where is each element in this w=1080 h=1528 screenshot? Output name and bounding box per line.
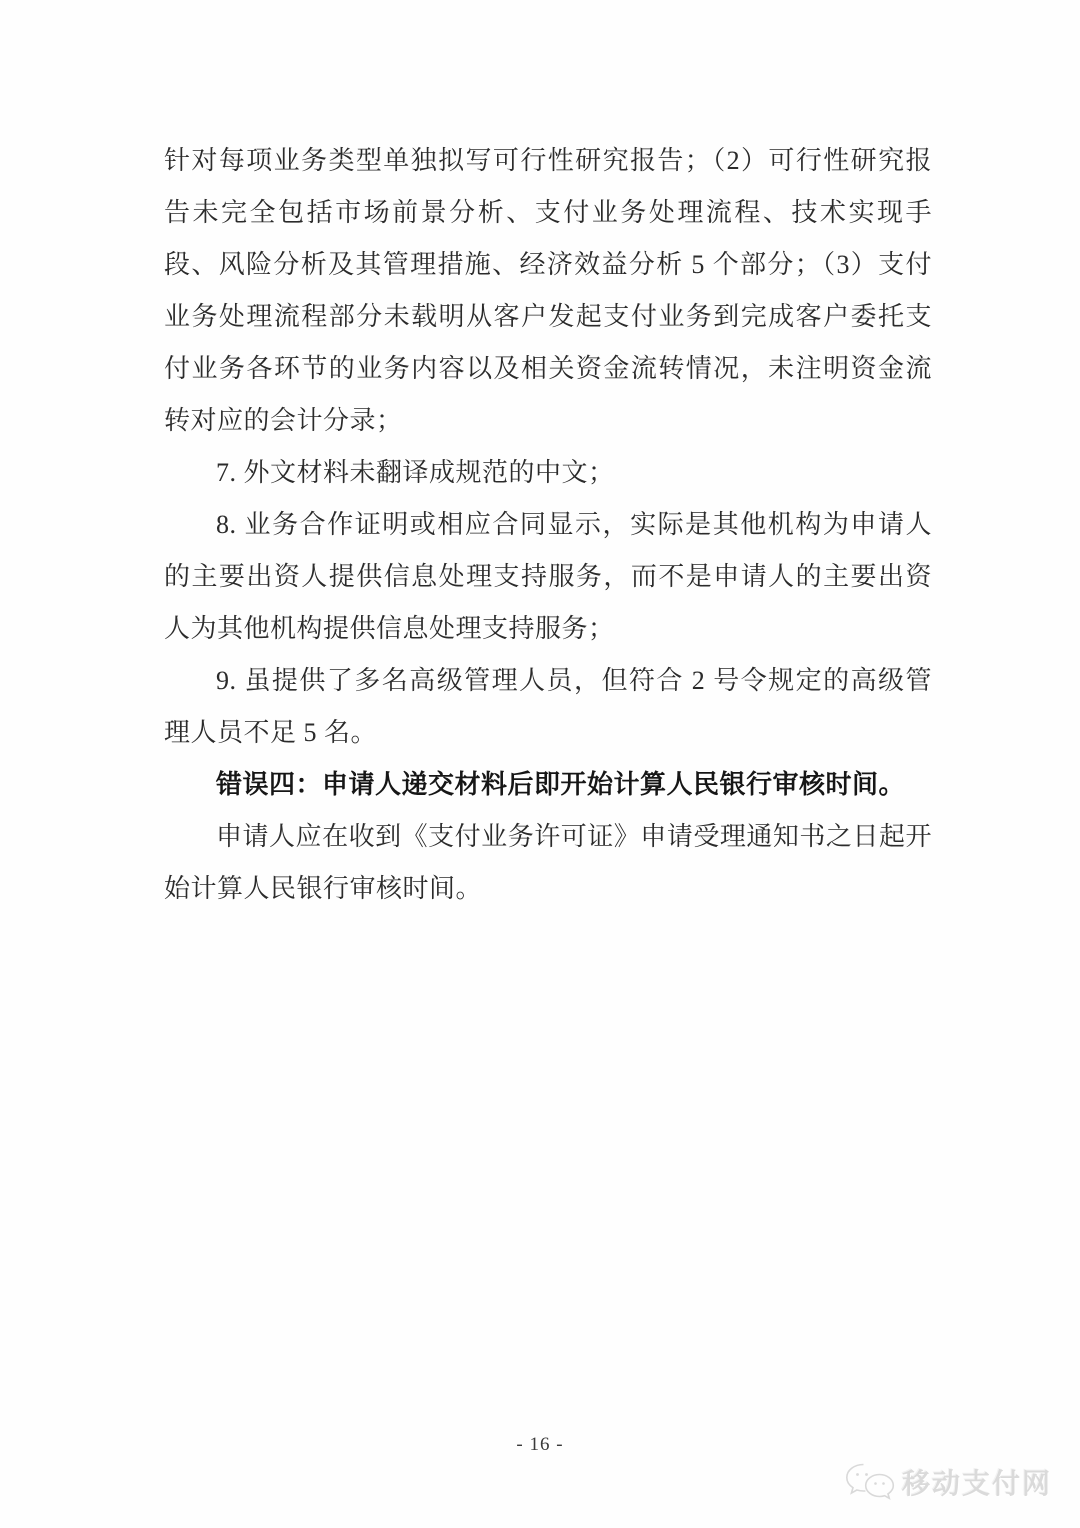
document-body: 针对每项业务类型单独拟写可行性研究报告；（2）可行性研究报告未完全包括市场前景分… [164,135,932,915]
para-item-9: 9. 虽提供了多名高级管理人员，但符合 2 号令规定的高级管理人员不足 5 名。 [164,655,932,759]
document-page: 针对每项业务类型单独拟写可行性研究报告；（2）可行性研究报告未完全包括市场前景分… [0,0,1080,1528]
watermark: 移动支付网 [844,1462,1052,1502]
page-number: - 16 - [0,1434,1080,1456]
heading-error-four: 错误四：申请人递交材料后即开始计算人民银行审核时间。 [164,759,932,811]
wechat-icon [844,1462,896,1502]
para-error-four-body: 申请人应在收到《支付业务许可证》申请受理通知书之日起开始计算人民银行审核时间。 [164,811,932,915]
para-item-7: 7. 外文材料未翻译成规范的中文； [164,447,932,499]
watermark-text: 移动支付网 [902,1462,1052,1502]
para-item-8: 8. 业务合作证明或相应合同显示，实际是其他机构为申请人的主要出资人提供信息处理… [164,499,932,655]
para-continuation-feasibility-report: 针对每项业务类型单独拟写可行性研究报告；（2）可行性研究报告未完全包括市场前景分… [164,135,932,447]
